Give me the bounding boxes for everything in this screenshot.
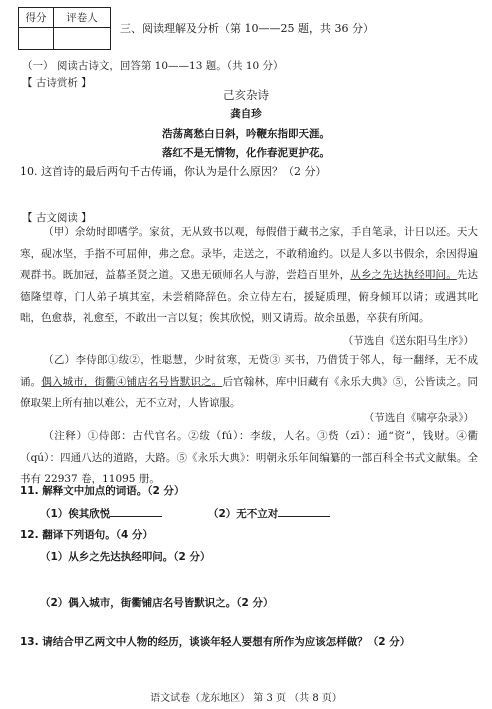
question-10: 10. 这首诗的最后两句千古传诵，你认为是什么原因？（2 分） xyxy=(20,163,326,179)
poem-author: 龚自珍 xyxy=(0,106,492,121)
question-11-item-2-label: （2）无不立对 xyxy=(208,508,278,520)
sub-heading: （一） 阅读古诗文，回答第 10——13 题。（共 10 分） xyxy=(22,58,284,73)
grader-cell[interactable] xyxy=(54,28,111,50)
question-11: 11. 解释文中加点的词语。（2 分） xyxy=(20,483,184,498)
passage-jia-underlined: 从乡之先达执经叩问。 xyxy=(350,269,457,281)
passage-yi-underlined: 偶入城市，街衢④铺店名号皆默识之。 xyxy=(41,376,222,388)
annotations: （注释）①侍郎：古代官名。②绂（fú）：李绂，人名。③赀（zī）：通“资”，钱财… xyxy=(20,426,478,491)
poem-line-1: 浩荡离愁白日斜，吟鞭东指即天涯。 xyxy=(0,126,492,141)
question-11-item-1-label: （1）俟其欣悦 xyxy=(40,508,110,520)
poem-line-2: 落红不是无情物，化作春泥更护花。 xyxy=(0,145,492,160)
question-11-item-1: （1）俟其欣悦 xyxy=(40,505,162,521)
question-12: 12. 翻译下列语句。（4 分） xyxy=(20,527,153,542)
score-header: 得分 xyxy=(19,8,54,28)
answer-blank-11-2[interactable] xyxy=(278,505,330,517)
question-12-item-2: （2）偶入城市，街衢铺店名号皆默识之。（2 分） xyxy=(40,595,274,610)
answer-blank-11-1[interactable] xyxy=(110,505,162,517)
question-12-item-1: （1）从乡之先达执经叩问。（2 分） xyxy=(40,549,211,564)
passage-yi-source: （节选自《啸亭杂录》） xyxy=(364,410,474,425)
passage-yi: （乙）李侍郎①绂②，性聪慧，少时贫寒，无赀③ 买书，乃借赁于邻人，每一翻绎，无不… xyxy=(20,350,478,415)
page-footer: 语文试卷（龙东地区） 第 3 页 （共 8 页） xyxy=(0,689,492,704)
passage-jia: （甲）余幼时即嗜学。家贫，无从致书以观，每假借于藏书之家，手自笔录，计日以还。天… xyxy=(20,222,478,330)
passage-jia-source: （节选自《送东阳马生序》） xyxy=(343,333,474,348)
grader-header: 评卷人 xyxy=(54,8,111,28)
question-13: 13. 请结合甲乙两文中人物的经历，谈谈年轻人要想有所作为应该怎样做？（2 分） xyxy=(20,634,410,649)
section-title: 三、阅读理解及分析（第 10——25 题，共 36 分） xyxy=(120,20,374,36)
poem-title: 己亥杂诗 xyxy=(0,87,492,103)
score-cell[interactable] xyxy=(19,28,54,50)
score-box: 得分 评卷人 xyxy=(18,7,111,50)
question-11-item-2: （2）无不立对 xyxy=(208,505,330,521)
